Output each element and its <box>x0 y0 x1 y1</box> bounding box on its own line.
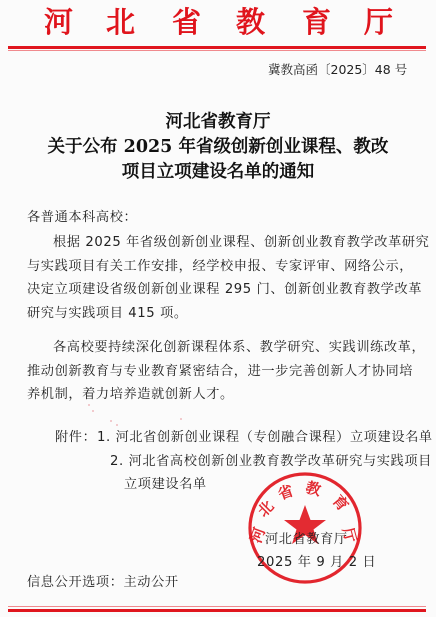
attachments-list: 附件：1. 河北省创新创业课程（专创融合课程）立项建设名单 2. 河北省高校创新… <box>55 426 433 497</box>
masthead-char: 育 <box>302 4 331 40</box>
paragraph-line: 各高校要持续深化创新课程体系、教学研究、实践训练改革， <box>27 336 425 360</box>
masthead-char: 教 <box>236 4 265 40</box>
svg-text:省: 省 <box>276 481 296 503</box>
paragraph-line: 决定立项建设省级创新创业课程 295 门、创新创业教育教学改革 <box>27 278 429 302</box>
masthead-char: 省 <box>172 4 201 40</box>
header-red-rule <box>8 46 426 49</box>
title-line: 河北省教育厅 <box>0 110 436 135</box>
ink-speck <box>116 424 118 426</box>
issuer-signature: 河北省教育厅 <box>265 528 348 552</box>
masthead-char: 河 <box>44 4 73 40</box>
issue-date: 2025 年 9 月 2 日 <box>257 551 376 575</box>
salutation: 各普通本科高校： <box>27 206 137 230</box>
attachments-label: 附件： <box>55 426 97 450</box>
header-red-rule-thin <box>8 50 426 51</box>
masthead-char: 北 <box>106 4 135 40</box>
ink-speck <box>110 420 112 422</box>
masthead-char: 厅 <box>364 4 393 40</box>
ink-speck <box>88 404 90 406</box>
paragraph-2: 各高校要持续深化创新课程体系、教学研究、实践训练改革， 推动创新教育与专业教育紧… <box>27 336 425 407</box>
footer-red-rule <box>8 609 426 612</box>
paragraph-1: 根据 2025 年省级创新创业课程、创新创业教育教学改革研究 与实践项目有关工作… <box>27 231 429 325</box>
footer-red-rule-thin <box>8 606 426 607</box>
masthead-header: 河 北 省 教 育 厅 <box>0 4 436 40</box>
document-title: 河北省教育厅 关于公布 2025 年省级创新创业课程、教改 项目立项建设名单的通… <box>0 110 436 185</box>
svg-text:教: 教 <box>304 478 324 500</box>
attachment-item: 2. 河北省高校创新创业教育教学改革研究与实践项目 <box>55 450 433 474</box>
ink-speck <box>180 418 182 420</box>
attachment-item-continued: 立项建设名单 <box>55 473 433 497</box>
attachment-item: 1. 河北省创新创业课程（专创融合课程）立项建设名单 <box>97 430 433 445</box>
paragraph-line: 与实践项目有关工作安排，经学校申报、专家评审、网络公示， <box>27 255 429 279</box>
title-line: 项目立项建设名单的通知 <box>0 160 436 185</box>
paragraph-line: 研究与实践项目 415 项。 <box>27 302 429 326</box>
document-number: 冀教高函〔2025〕48 号 <box>268 61 418 79</box>
title-line: 关于公布 2025 年省级创新创业课程、教改 <box>0 135 436 160</box>
paragraph-line: 养机制，着力培养造就创新人才。 <box>27 383 425 407</box>
paragraph-line: 推动创新教育与专业教育紧密结合，进一步完善创新人才协同培 <box>27 360 425 384</box>
disclosure-option: 信息公开选项：主动公开 <box>27 571 179 595</box>
paragraph-line: 根据 2025 年省级创新创业课程、创新创业教育教学改革研究 <box>27 231 429 255</box>
ink-speck <box>92 410 94 412</box>
